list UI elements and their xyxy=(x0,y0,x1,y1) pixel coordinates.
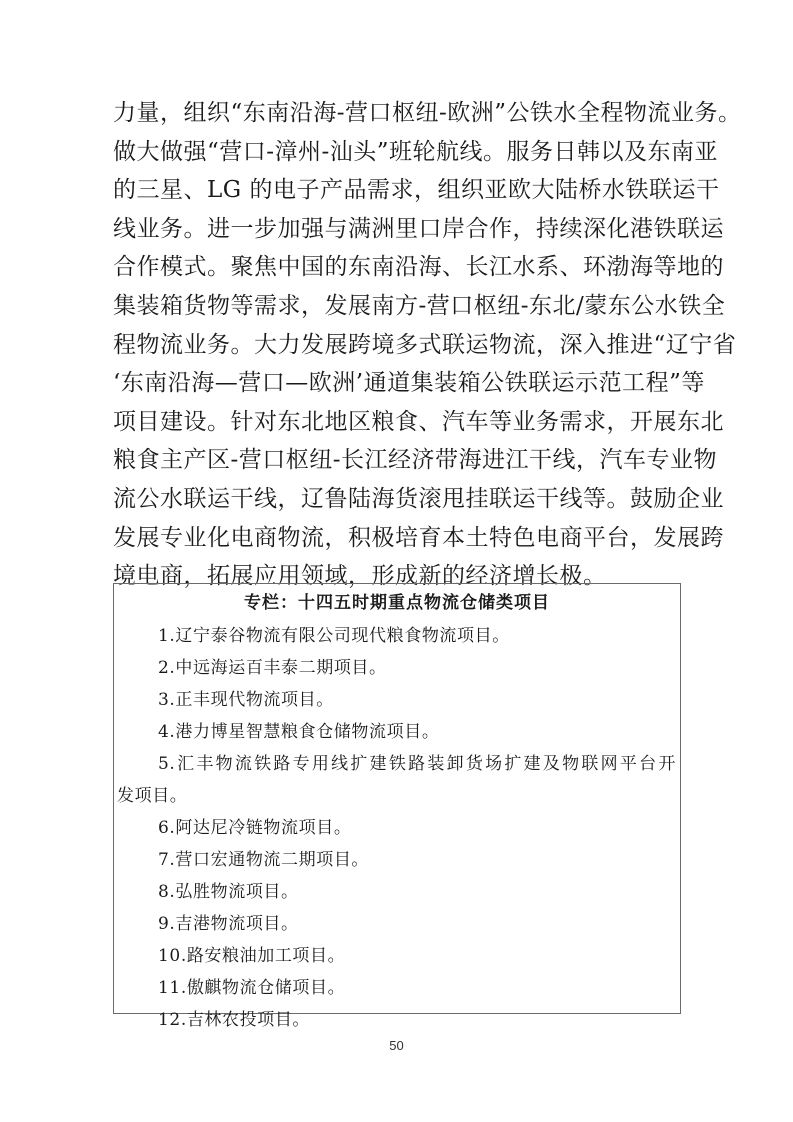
project-item: 6.阿达尼冷链物流项目。 xyxy=(114,812,680,844)
page-number: 50 xyxy=(0,1038,793,1053)
box-title: 专栏：十四五时期重点物流仓储类项目 xyxy=(114,590,680,616)
body-line: 力量，组织“东南沿海-营口枢纽-欧洲”公铁水全程物流业务。 xyxy=(113,94,689,133)
body-line: 项目建设。针对东北地区粮食、汽车等业务需求，开展东北 xyxy=(113,403,689,442)
body-line: 程物流业务。大力发展跨境多式联运物流，深入推进“辽宁省 xyxy=(113,326,689,365)
project-item: 10.路安粮油加工项目。 xyxy=(114,940,680,972)
project-item: 1.辽宁泰谷物流有限公司现代粮食物流项目。 xyxy=(114,620,680,652)
document-page: 力量，组织“东南沿海-营口枢纽-欧洲”公铁水全程物流业务。 做大做强“营口-漳州… xyxy=(0,0,793,1122)
body-line: 流公水联运干线，辽鲁陆海货滚甩挂联运干线等。鼓励企业 xyxy=(113,480,689,519)
body-line: 粮食主产区-营口枢纽-长江经济带海进江干线，汽车专业物 xyxy=(113,441,689,480)
project-item: 11.傲麒物流仓储项目。 xyxy=(114,972,680,1004)
body-line: ‘东南沿海—营口—欧洲’通道集装箱公铁联运示范工程”等 xyxy=(113,364,689,403)
body-paragraph: 力量，组织“东南沿海-营口枢纽-欧洲”公铁水全程物流业务。 做大做强“营口-漳州… xyxy=(113,94,689,596)
project-item: 12.吉林农投项目。 xyxy=(114,1004,680,1036)
project-item: 2.中远海运百丰泰二期项目。 xyxy=(114,652,680,684)
project-item: 7.营口宏通物流二期项目。 xyxy=(114,844,680,876)
project-item: 8.弘胜物流项目。 xyxy=(114,876,680,908)
project-item-continuation: 发项目。 xyxy=(114,780,680,812)
project-item: 5.汇丰物流铁路专用线扩建铁路装卸货场扩建及物联网平台开 xyxy=(114,748,680,780)
project-item: 3.正丰现代物流项目。 xyxy=(114,684,680,716)
body-line: 发展专业化电商物流，积极培育本土特色电商平台，发展跨 xyxy=(113,519,689,558)
body-line: 线业务。进一步加强与满洲里口岸合作，持续深化港铁联运 xyxy=(113,210,689,249)
body-line: 做大做强“营口-漳州-汕头”班轮航线。服务日韩以及东南亚 xyxy=(113,133,689,172)
project-list: 1.辽宁泰谷物流有限公司现代粮食物流项目。 2.中远海运百丰泰二期项目。 3.正… xyxy=(114,620,680,1036)
body-line: 集装箱货物等需求，发展南方-营口枢纽-东北/蒙东公水铁全 xyxy=(113,287,689,326)
body-line: 的三星、LG 的电子产品需求，组织亚欧大陆桥水铁联运干 xyxy=(113,171,689,210)
project-item: 9.吉港物流项目。 xyxy=(114,908,680,940)
project-item: 4.港力博星智慧粮食仓储物流项目。 xyxy=(114,716,680,748)
body-line: 合作模式。聚焦中国的东南沿海、长江水系、环渤海等地的 xyxy=(113,248,689,287)
project-list-box: 专栏：十四五时期重点物流仓储类项目 1.辽宁泰谷物流有限公司现代粮食物流项目。 … xyxy=(113,583,681,1014)
